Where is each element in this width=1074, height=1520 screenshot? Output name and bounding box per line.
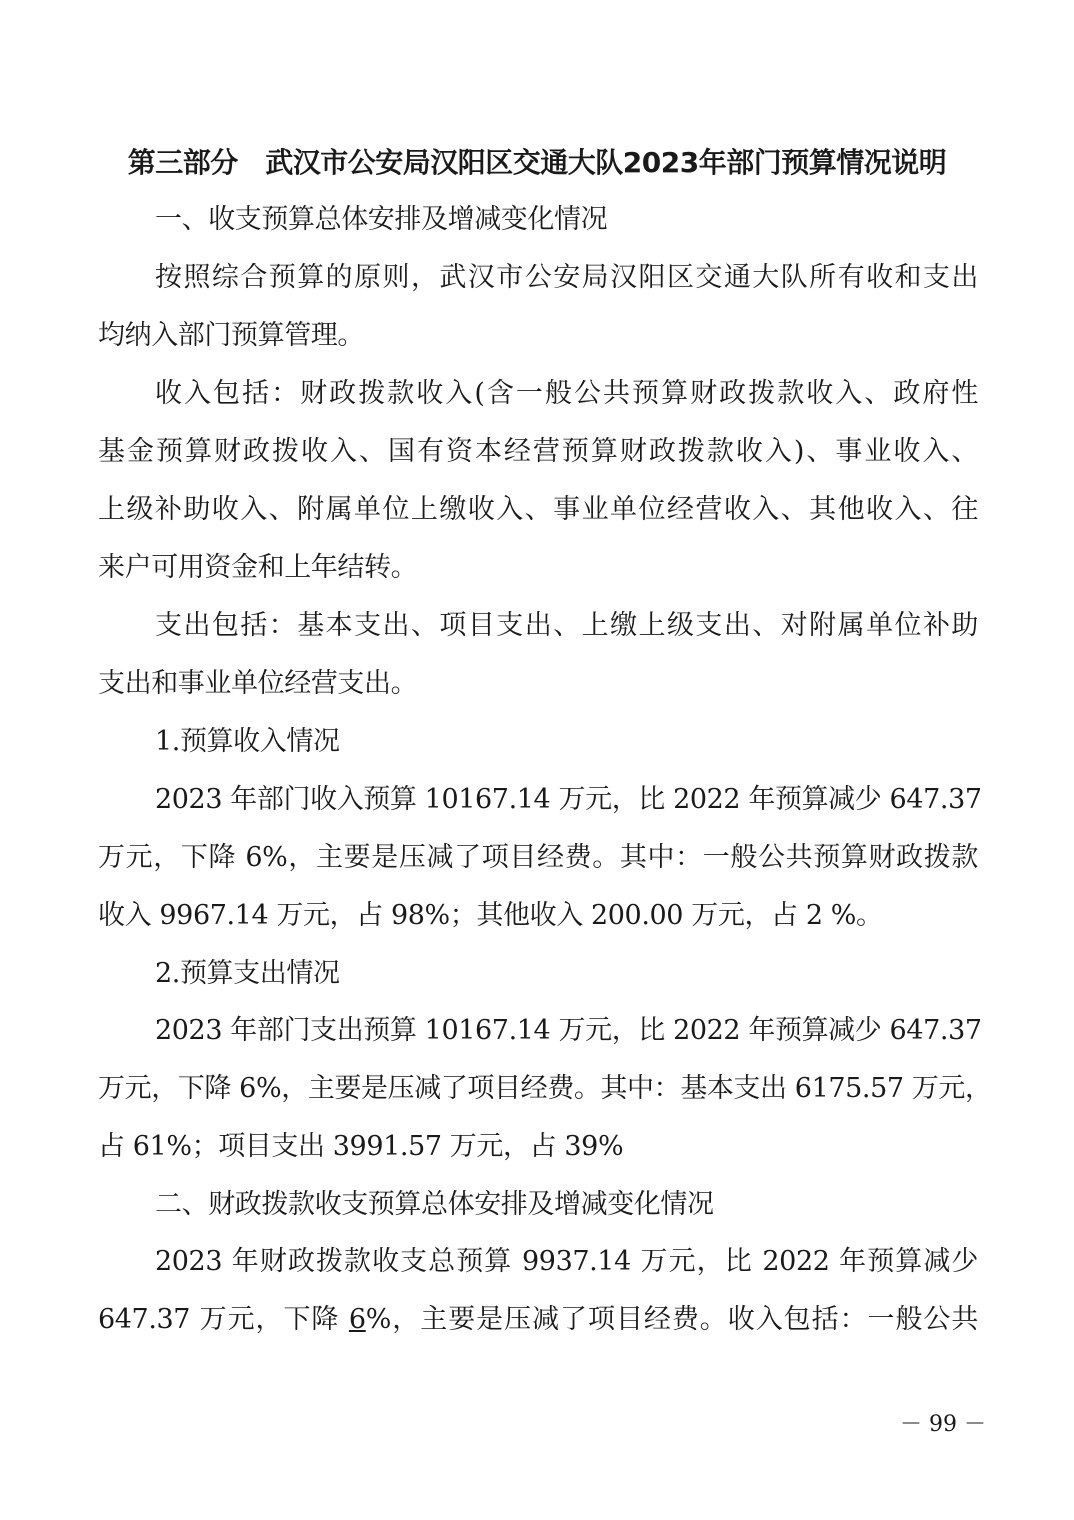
paragraph-line: 基金预算财政拨收入、国有资本经营预算财政拨款收入)、事业收入、 [98, 432, 978, 472]
subsection-heading-expense: 2.预算支出情况 [155, 954, 978, 994]
text-segment: 647.37 万元，下降 [98, 1304, 349, 1335]
paragraph-line: 万元，下降 6%，主要是压减了项目经费。其中：基本支出 6175.57 万元， [98, 1069, 978, 1109]
underlined-text: 6 [349, 1304, 366, 1335]
paragraph-line: 占 61%；项目支出 3991.57 万元，占 39% [98, 1127, 978, 1167]
paragraph-line: 万元，下降 6%，主要是压减了项目经费。其中：一般公共预算财政拨款 [98, 838, 978, 878]
paragraph-line: 支出和事业单位经营支出。 [98, 664, 978, 704]
section-heading-1: 一、收支预算总体安排及增减变化情况 [155, 200, 978, 240]
document-page: 第三部分 武汉市公安局汉阳区交通大队2023年部门预算情况说明 一、收支预算总体… [0, 0, 1074, 1520]
paragraph-line: 2023 年部门收入预算 10167.14 万元，比 2022 年预算减少 64… [155, 780, 978, 820]
paragraph-line: 上级补助收入、附属单位上缴收入、事业单位经营收入、其他收入、往 [98, 490, 978, 530]
paragraph-line: 支出包括：基本支出、项目支出、上缴上级支出、对附属单位补助 [155, 606, 978, 646]
paragraph-line: 收入 9967.14 万元，占 98%；其他收入 200.00 万元，占 2 %… [98, 896, 978, 936]
section-heading-2: 二、财政拨款收支预算总体安排及增减变化情况 [155, 1185, 978, 1225]
paragraph-line: 均纳入部门预算管理。 [98, 316, 978, 356]
paragraph-line: 2023 年部门支出预算 10167.14 万元，比 2022 年预算减少 64… [155, 1011, 978, 1051]
paragraph-line: 2023 年财政拨款收支总预算 9937.14 万元，比 2022 年预算减少 [155, 1242, 978, 1282]
subsection-heading-income: 1.预算收入情况 [155, 722, 978, 762]
paragraph-line: 收入包括：财政拨款收入(含一般公共预算财政拨款收入、政府性 [155, 374, 978, 414]
paragraph-line: 来户可用资金和上年结转。 [98, 548, 978, 588]
text-segment: %，主要是压减了项目经费。收入包括：一般公共 [366, 1304, 978, 1335]
page-number: － 99 － [900, 1410, 980, 1440]
page-title: 第三部分 武汉市公安局汉阳区交通大队2023年部门预算情况说明 [0, 143, 1074, 183]
paragraph-line: 按照综合预算的原则，武汉市公安局汉阳区交通大队所有收和支出 [155, 258, 978, 298]
paragraph-line: 647.37 万元，下降 6%，主要是压减了项目经费。收入包括：一般公共 [98, 1300, 978, 1340]
